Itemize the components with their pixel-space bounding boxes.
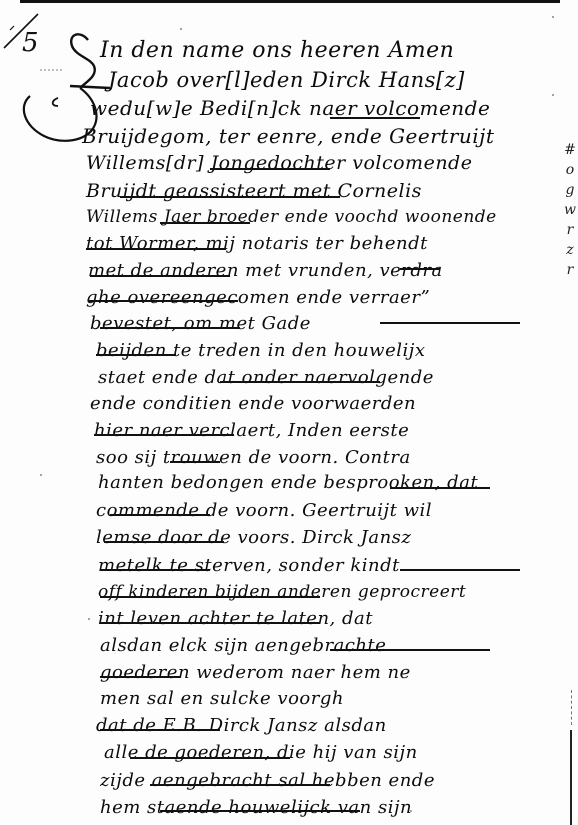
manuscript-line: zijde aengebracht sal hebben ende — [100, 770, 435, 791]
pen-stroke — [220, 381, 380, 383]
manuscript-line: staet ende dat onder naervolgende — [98, 367, 434, 388]
pen-stroke — [330, 117, 420, 119]
pen-stroke — [94, 434, 234, 436]
scan-speck — [40, 474, 42, 476]
pen-stroke — [100, 596, 320, 598]
page-top-edge — [20, 0, 560, 3]
pen-stroke — [160, 222, 250, 224]
manuscript-line: Willems Jaer broeder ende voochd woonend… — [86, 207, 497, 227]
pen-stroke — [90, 275, 230, 277]
manuscript-line: metelk te sterven, sonder kindt — [98, 555, 400, 576]
manuscript-line: Bruijdegom, ter eenre, ende Geertruijt — [82, 124, 494, 148]
scan-speck — [88, 618, 90, 620]
pen-stroke — [120, 196, 340, 198]
pen-stroke — [170, 461, 220, 463]
scan-speck — [552, 16, 554, 18]
manuscript-line: alle de goederen, die hij van sijn — [104, 742, 418, 763]
pen-stroke — [100, 729, 220, 731]
pen-stroke — [100, 569, 210, 571]
manuscript-line: soo sij trouwen de voorn. Contra — [96, 447, 411, 468]
manuscript-line: ende conditien ende voorwaerden — [90, 393, 416, 414]
manuscript-line: alsdan elck sijn aengebrachte — [100, 635, 386, 656]
manuscript-line: dat de E.B. Dirck Jansz alsdan — [96, 715, 387, 736]
manuscript-line: tot Wormer, mij notaris ter behendt — [86, 233, 428, 254]
pen-stroke — [110, 514, 210, 516]
pen-stroke — [210, 168, 330, 170]
manuscript-line: Bruijdt geassisteert met Cornelis — [86, 180, 422, 202]
manuscript-page: 5 In den name ons heeren Amen Jacob over… — [0, 0, 578, 825]
pen-stroke — [104, 541, 224, 543]
manuscript-line: met de anderen met vrunden, verdra — [88, 260, 443, 281]
manuscript-line: wedu[w]e Bedi[n]ck naer volcomende — [90, 96, 490, 120]
pen-stroke — [100, 327, 240, 329]
manuscript-line: ghe overeengecomen ende verraer” — [86, 287, 430, 308]
manuscript-line: beijden te treden in den houwelijx — [96, 340, 425, 361]
manuscript-line: lemse door de voors. Dirck Jansz — [96, 527, 411, 548]
manuscript-line: hier naer verclaert, Inden eerste — [94, 420, 409, 441]
manuscript-line: In den name ons heeren Amen — [100, 38, 454, 63]
pen-stroke — [400, 569, 520, 571]
manuscript-line: off kinderen bijden anderen geprocreert — [98, 582, 466, 602]
scan-speck — [180, 28, 182, 30]
pen-stroke — [100, 676, 180, 678]
pen-stroke — [130, 757, 290, 759]
manuscript-line: commende de voorn. Geertruijt wil — [96, 500, 432, 521]
pen-stroke — [160, 810, 360, 812]
pen-stroke — [390, 487, 490, 489]
manuscript-line: Willems[dr] Jongedochter volcomende — [86, 152, 472, 174]
pen-stroke — [330, 649, 490, 651]
manuscript-line: int leven achter te laten, dat — [98, 608, 373, 629]
pen-stroke — [400, 268, 440, 270]
scan-speck — [410, 810, 412, 812]
page-right-edge-dashed — [571, 690, 573, 725]
manuscript-line: men sal en sulcke voorgh — [100, 688, 344, 709]
pen-stroke — [100, 622, 320, 624]
pen-stroke — [150, 784, 330, 786]
manuscript-line: hem staende houwelijck van sijn — [100, 797, 412, 818]
manuscript-line: goederen wederom naer hem ne — [100, 662, 411, 683]
scan-speck — [552, 94, 554, 96]
pen-stroke — [96, 354, 176, 356]
page-right-edge — [570, 730, 572, 825]
manuscript-line: hanten bedongen ende besprooken, dat — [98, 472, 478, 493]
pen-stroke — [380, 322, 520, 324]
margin-annotation: # o g w r z r — [563, 140, 577, 280]
manuscript-line: Jacob over[l]eden Dirck Hans[z] — [108, 68, 465, 92]
pen-stroke — [86, 248, 226, 250]
pen-stroke — [88, 300, 238, 302]
manuscript-line: bevestet, om met Gade — [90, 313, 311, 334]
